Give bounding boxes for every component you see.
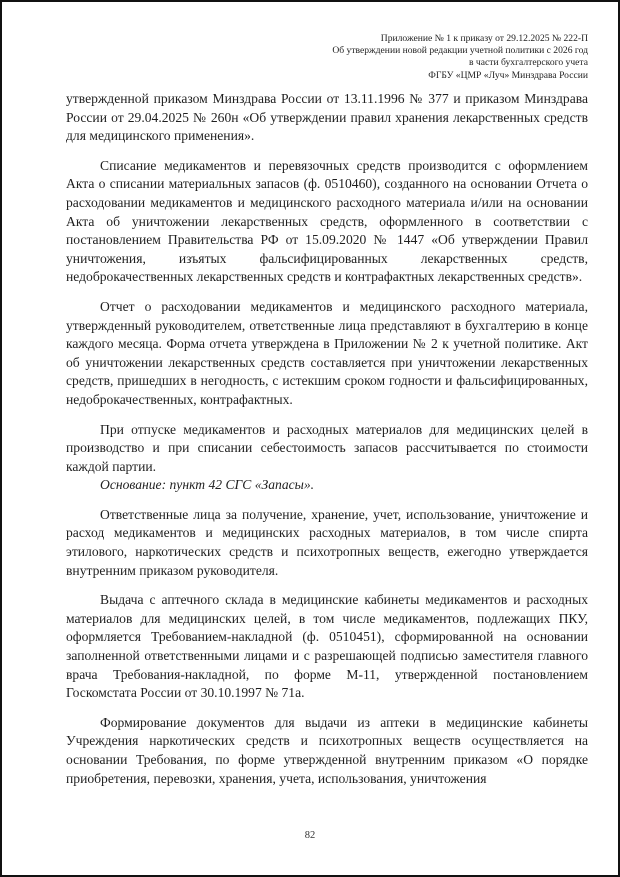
- header-line-appendix: Приложение № 1 к приказу от 29.12.2025 №…: [66, 33, 588, 45]
- document-page: Приложение № 1 к приказу от 29.12.2025 №…: [0, 0, 620, 877]
- header-line-accounting-part: в части бухгалтерского учета: [66, 57, 588, 69]
- paragraph-legal-basis: Основание: пункт 42 СГС «Запасы».: [66, 476, 588, 495]
- paragraph-narcotics-documents: Формирование документов для выдачи из ап…: [66, 714, 588, 788]
- paragraph-responsible-persons: Ответственные лица за получение, хранени…: [66, 506, 588, 580]
- header-line-order-title: Об утверждении новой редакции учетной по…: [66, 45, 588, 57]
- page-footer: 82: [2, 830, 618, 841]
- paragraph-continuation-storage-rules: утвержденной приказом Минздрава России о…: [66, 90, 588, 146]
- paragraph-pharmacy-issue: Выдача с аптечного склада в медицинские …: [66, 591, 588, 703]
- paragraph-expense-report: Отчет о расходовании медикаментов и меди…: [66, 298, 588, 410]
- document-header: Приложение № 1 к приказу от 29.12.2025 №…: [66, 33, 588, 82]
- paragraph-writeoff-medications: Списание медикаментов и перевязочных сре…: [66, 157, 588, 287]
- page-number: 82: [305, 830, 316, 841]
- paragraph-batch-cost: При отпуске медикаментов и расходных мат…: [66, 421, 588, 477]
- header-line-organization: ФГБУ «ЦМР «Луч» Минздрава России: [66, 70, 588, 82]
- document-body: утвержденной приказом Минздрава России о…: [66, 90, 588, 799]
